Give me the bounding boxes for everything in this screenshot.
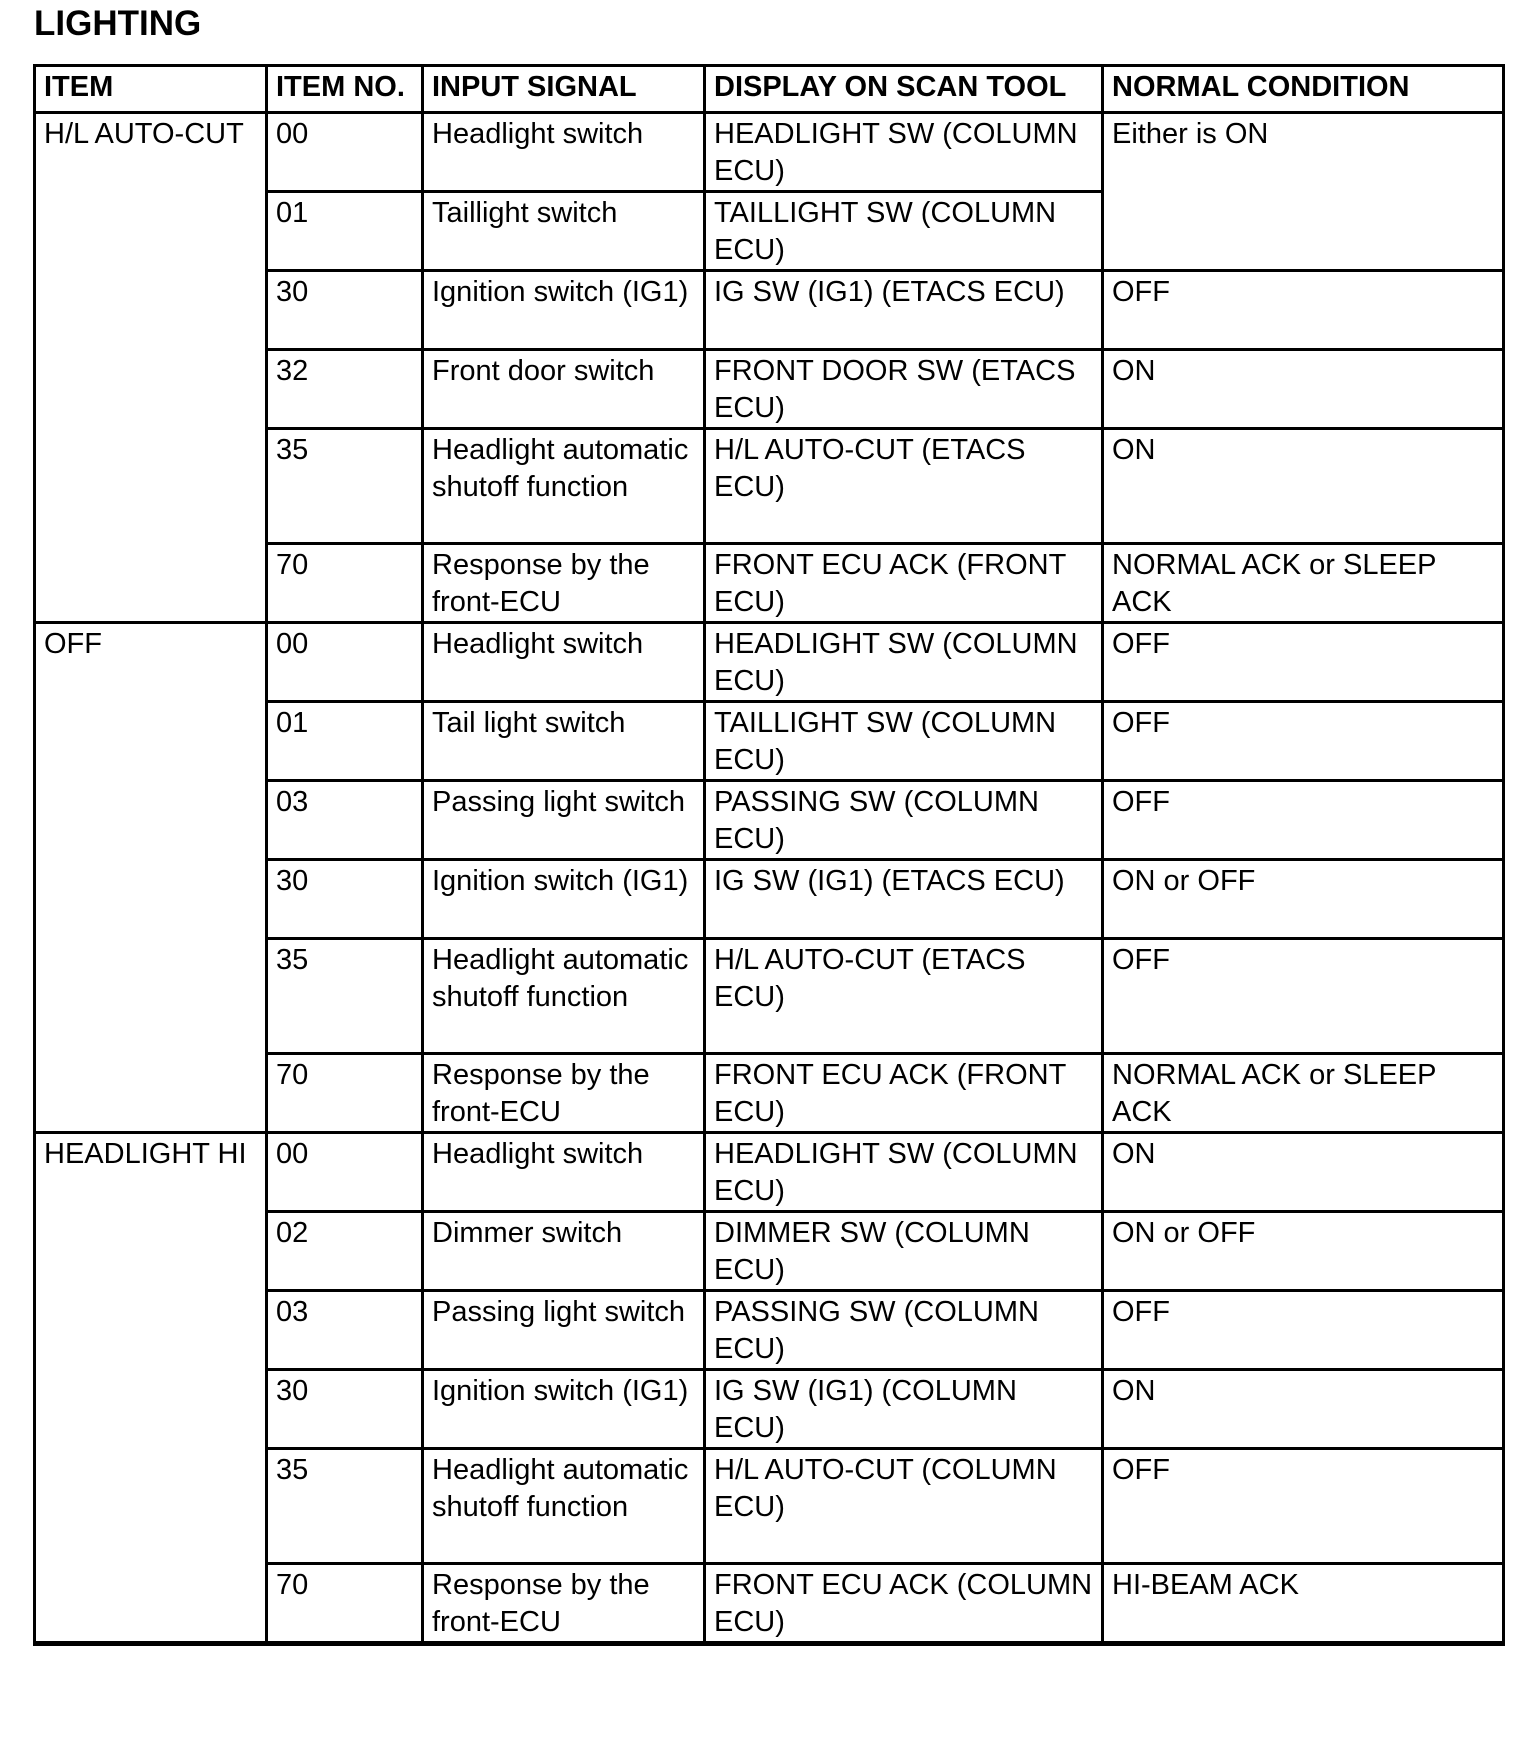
scan-tool-display-cell: PASSING SW (COLUMN ECU) bbox=[705, 781, 1103, 860]
input-signal-cell: Headlight switch bbox=[423, 113, 705, 192]
normal-condition-cell: OFF bbox=[1103, 939, 1504, 1054]
input-signal-cell: Dimmer switch bbox=[423, 1212, 705, 1291]
normal-condition-cell: OFF bbox=[1103, 623, 1504, 702]
input-signal-cell: Headlight automatic shutoff function bbox=[423, 939, 705, 1054]
scan-tool-display-cell: IG SW (IG1) (ETACS ECU) bbox=[705, 860, 1103, 939]
normal-condition-cell: NORMAL ACK or SLEEP ACK bbox=[1103, 1054, 1504, 1133]
input-signal-cell: Taillight switch bbox=[423, 192, 705, 271]
item-no-cell: 02 bbox=[267, 1212, 423, 1291]
col-header-display: DISPLAY ON SCAN TOOL bbox=[705, 66, 1103, 113]
table-row: OFF00Headlight switchHEADLIGHT SW (COLUM… bbox=[35, 623, 1504, 702]
normal-condition-cell: OFF bbox=[1103, 702, 1504, 781]
item-cell: HEADLIGHT HI bbox=[35, 1133, 267, 1644]
input-signal-cell: Tail light switch bbox=[423, 702, 705, 781]
scan-tool-display-cell: FRONT ECU ACK (FRONT ECU) bbox=[705, 544, 1103, 623]
item-no-cell: 03 bbox=[267, 781, 423, 860]
input-signal-cell: Headlight switch bbox=[423, 1133, 705, 1212]
col-header-item: ITEM bbox=[35, 66, 267, 113]
input-signal-cell: Headlight automatic shutoff function bbox=[423, 429, 705, 544]
item-no-cell: 30 bbox=[267, 1370, 423, 1449]
item-no-cell: 30 bbox=[267, 271, 423, 350]
input-signal-cell: Ignition switch (IG1) bbox=[423, 860, 705, 939]
item-no-cell: 70 bbox=[267, 1054, 423, 1133]
input-signal-cell: Headlight switch bbox=[423, 623, 705, 702]
col-header-input-signal: INPUT SIGNAL bbox=[423, 66, 705, 113]
input-signal-cell: Headlight automatic shutoff function bbox=[423, 1449, 705, 1564]
normal-condition-cell: ON bbox=[1103, 350, 1504, 429]
scan-tool-display-cell: PASSING SW (COLUMN ECU) bbox=[705, 1291, 1103, 1370]
scan-tool-display-cell: FRONT ECU ACK (COLUMN ECU) bbox=[705, 1564, 1103, 1644]
scan-tool-display-cell: DIMMER SW (COLUMN ECU) bbox=[705, 1212, 1103, 1291]
normal-condition-cell: ON or OFF bbox=[1103, 860, 1504, 939]
lighting-table: ITEM ITEM NO. INPUT SIGNAL DISPLAY ON SC… bbox=[33, 64, 1505, 1646]
item-cell: H/L AUTO-CUT bbox=[35, 113, 267, 623]
scan-tool-display-cell: H/L AUTO-CUT (COLUMN ECU) bbox=[705, 1449, 1103, 1564]
input-signal-cell: Ignition switch (IG1) bbox=[423, 271, 705, 350]
scan-tool-display-cell: IG SW (IG1) (COLUMN ECU) bbox=[705, 1370, 1103, 1449]
normal-condition-cell: HI-BEAM ACK bbox=[1103, 1564, 1504, 1644]
item-no-cell: 35 bbox=[267, 429, 423, 544]
scan-tool-display-cell: FRONT ECU ACK (FRONT ECU) bbox=[705, 1054, 1103, 1133]
table-row: H/L AUTO-CUT00Headlight switchHEADLIGHT … bbox=[35, 113, 1504, 192]
normal-condition-cell: NORMAL ACK or SLEEP ACK bbox=[1103, 544, 1504, 623]
item-no-cell: 01 bbox=[267, 702, 423, 781]
item-no-cell: 70 bbox=[267, 1564, 423, 1644]
header-row: ITEM ITEM NO. INPUT SIGNAL DISPLAY ON SC… bbox=[35, 66, 1504, 113]
input-signal-cell: Front door switch bbox=[423, 350, 705, 429]
item-no-cell: 30 bbox=[267, 860, 423, 939]
input-signal-cell: Response by the front-ECU bbox=[423, 1054, 705, 1133]
normal-condition-cell: OFF bbox=[1103, 781, 1504, 860]
scan-tool-display-cell: IG SW (IG1) (ETACS ECU) bbox=[705, 271, 1103, 350]
input-signal-cell: Response by the front-ECU bbox=[423, 1564, 705, 1644]
item-no-cell: 03 bbox=[267, 1291, 423, 1370]
item-no-cell: 00 bbox=[267, 623, 423, 702]
item-cell: OFF bbox=[35, 623, 267, 1133]
item-no-cell: 35 bbox=[267, 1449, 423, 1564]
scan-tool-display-cell: H/L AUTO-CUT (ETACS ECU) bbox=[705, 429, 1103, 544]
normal-condition-cell: ON bbox=[1103, 429, 1504, 544]
scan-tool-display-cell: TAILLIGHT SW (COLUMN ECU) bbox=[705, 702, 1103, 781]
input-signal-cell: Response by the front-ECU bbox=[423, 544, 705, 623]
item-no-cell: 00 bbox=[267, 113, 423, 192]
scan-tool-display-cell: FRONT DOOR SW (ETACS ECU) bbox=[705, 350, 1103, 429]
input-signal-cell: Ignition switch (IG1) bbox=[423, 1370, 705, 1449]
col-header-item-no: ITEM NO. bbox=[267, 66, 423, 113]
normal-condition-cell: Either is ON bbox=[1103, 113, 1504, 271]
item-no-cell: 70 bbox=[267, 544, 423, 623]
col-header-normal-condition: NORMAL CONDITION bbox=[1103, 66, 1504, 113]
section-title: LIGHTING bbox=[34, 4, 201, 44]
scan-tool-display-cell: HEADLIGHT SW (COLUMN ECU) bbox=[705, 623, 1103, 702]
input-signal-cell: Passing light switch bbox=[423, 781, 705, 860]
input-signal-cell: Passing light switch bbox=[423, 1291, 705, 1370]
normal-condition-cell: OFF bbox=[1103, 271, 1504, 350]
item-no-cell: 01 bbox=[267, 192, 423, 271]
normal-condition-cell: ON bbox=[1103, 1133, 1504, 1212]
scan-tool-display-cell: H/L AUTO-CUT (ETACS ECU) bbox=[705, 939, 1103, 1054]
normal-condition-cell: OFF bbox=[1103, 1449, 1504, 1564]
scan-tool-display-cell: TAILLIGHT SW (COLUMN ECU) bbox=[705, 192, 1103, 271]
item-no-cell: 35 bbox=[267, 939, 423, 1054]
table-row: HEADLIGHT HI00Headlight switchHEADLIGHT … bbox=[35, 1133, 1504, 1212]
item-no-cell: 00 bbox=[267, 1133, 423, 1212]
item-no-cell: 32 bbox=[267, 350, 423, 429]
normal-condition-cell: ON or OFF bbox=[1103, 1212, 1504, 1291]
scan-tool-display-cell: HEADLIGHT SW (COLUMN ECU) bbox=[705, 113, 1103, 192]
normal-condition-cell: ON bbox=[1103, 1370, 1504, 1449]
scan-tool-display-cell: HEADLIGHT SW (COLUMN ECU) bbox=[705, 1133, 1103, 1212]
normal-condition-cell: OFF bbox=[1103, 1291, 1504, 1370]
